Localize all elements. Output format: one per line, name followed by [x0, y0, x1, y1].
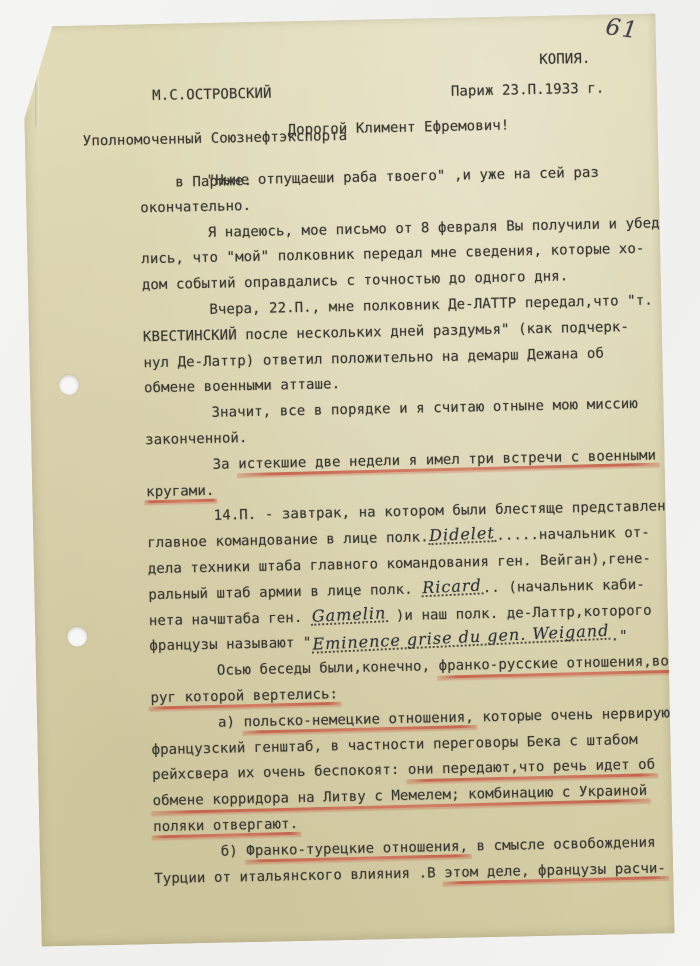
typed-text: окончательно. — [140, 198, 251, 216]
salutation: Дорогой Климент Ефремович! — [287, 118, 509, 139]
red-underlined-text: Франко-турецкие отношения, — [246, 838, 468, 859]
typed-text: французы называют " — [149, 635, 311, 654]
scanned-letter-page: { "page_number": "61", "colors": { "pape… — [0, 0, 700, 966]
red-underlined-text: этом деле, французы расчи- — [444, 860, 666, 881]
typed-text: законченной. — [145, 430, 248, 448]
letter-paper-sheet: 61 М.С.ОСТРОВСКИЙ Уполномоченный Союзнеф… — [22, 13, 674, 946]
handwritten-name: Ricard — [421, 578, 483, 597]
typed-text: обмене военными атташе. — [144, 377, 340, 397]
typed-text: а) — [218, 714, 244, 731]
punch-hole-bottom — [67, 627, 87, 647]
red-underlined-text: кругами. — [146, 482, 215, 499]
copy-label: КОПИЯ. — [539, 51, 591, 68]
dateline: Париж 23.П.1933 г. — [451, 81, 605, 100]
handwritten-page-number: 61 — [604, 14, 641, 44]
staple-crease-mark — [35, 68, 39, 126]
typed-text: .....начальник от- — [496, 525, 650, 544]
handwritten-name: Didelet — [428, 526, 496, 545]
letter-body: "Ныне отпущаеши раба твоего" ,и уже на с… — [140, 163, 695, 896]
typed-text: которые очень нервируют — [474, 705, 679, 725]
typed-text: б) — [221, 843, 247, 860]
handwritten-name: Gamelin — [311, 606, 388, 626]
typed-text: За — [212, 456, 238, 473]
sender-name: М.С.ОСТРОВСКИЙ — [82, 85, 342, 105]
typed-text: .. (начальник каби- — [483, 577, 645, 596]
typed-text: Осью беседы были,конечно, — [217, 658, 439, 679]
red-underlined-text: польско-немецкие отношения, — [243, 709, 474, 730]
typed-text: в смысле освобождения — [468, 834, 656, 854]
red-underlined-text: они передают,что речь идет об — [408, 757, 656, 778]
punch-hole-top — [59, 375, 79, 395]
red-underlined-text: поляки отвергают. — [153, 816, 298, 835]
typed-text: нета начштаба ген. — [149, 609, 311, 628]
typed-text: ." — [610, 629, 627, 645]
red-underlined-text: руг которой вертелись: — [150, 686, 338, 706]
